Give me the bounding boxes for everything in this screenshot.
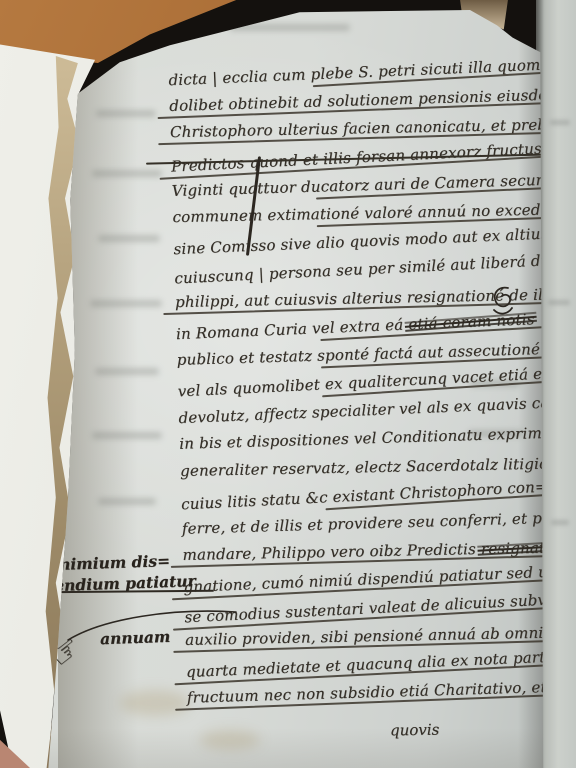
bottom-edge-shadow — [0, 728, 576, 768]
bleedthrough-smudge — [92, 170, 162, 177]
manuscript-page: dicta | ecclia cum plebe S. petri sicuti… — [0, 0, 576, 768]
catchword: quovis — [390, 720, 440, 741]
bleedthrough-mark — [551, 520, 569, 525]
bleedthrough-mark — [550, 120, 570, 125]
text-line-content: in bis et dispositiones vel Conditionatu… — [179, 424, 561, 453]
bleedthrough-smudge — [98, 235, 160, 242]
bleedthrough-mark — [548, 300, 570, 305]
text-line-content: mandare, Philippo vero oibz Predictis — [182, 540, 481, 564]
paper-stain — [120, 690, 190, 716]
bleedthrough-smudge — [92, 432, 162, 439]
bleedthrough-smudge — [98, 498, 156, 505]
ink-doodle — [484, 284, 518, 324]
bleedthrough-smudge — [90, 300, 162, 307]
text-line-content: Viginti quattuor ducatorz auri de Camera… — [171, 170, 565, 200]
manicule-connector-line — [64, 600, 239, 644]
paper-stain — [200, 730, 260, 750]
bleedthrough-smudge — [96, 110, 156, 117]
bleedthrough-smudge — [95, 368, 159, 375]
manuscript-photo: dicta | ecclia cum plebe S. petri sicuti… — [0, 0, 576, 768]
bleedthrough-smudge — [230, 24, 350, 31]
text-line-content: fructuum nec non subsidio etiá Charitati… — [187, 678, 547, 707]
text-line-content: in Romana Curia vel extra eá — [176, 315, 409, 343]
